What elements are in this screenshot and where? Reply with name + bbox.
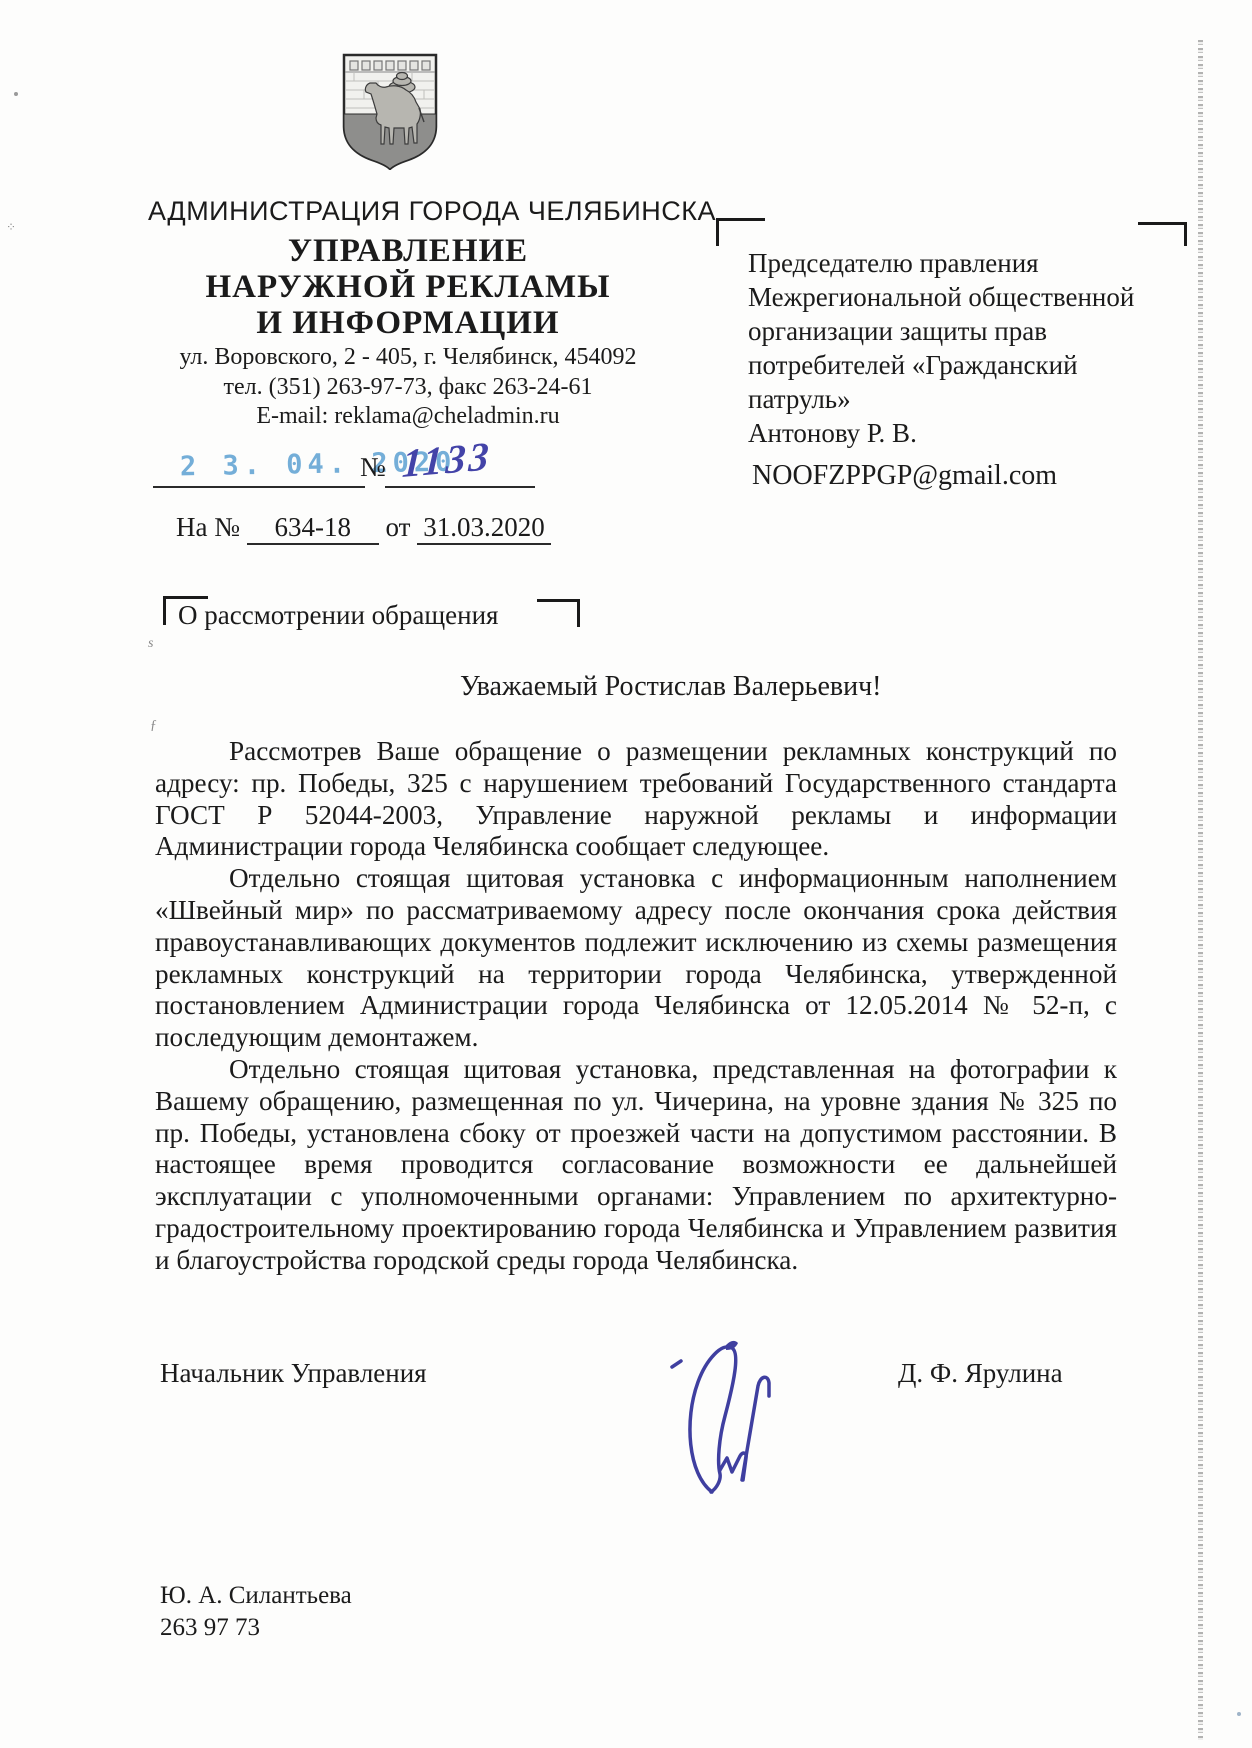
scan-speck: ⁘	[6, 220, 16, 235]
ref-number: 634-18	[247, 512, 379, 545]
recipient-corner-mark-left	[716, 218, 765, 246]
paragraph-1: Рассмотрев Ваше обращение о размещении р…	[155, 736, 1117, 863]
scan-speck: ƒ	[150, 718, 157, 734]
executor-name: Ю. А. Силантьева	[160, 1580, 352, 1612]
executor-block: Ю. А. Силантьева 263 97 73	[160, 1580, 352, 1644]
letter-body: Рассмотрев Ваше обращение о размещении р…	[155, 736, 1117, 1277]
scan-bleedthrough-strip	[1198, 40, 1203, 1740]
recipient-line: патруль»	[748, 382, 1148, 416]
letterhead: АДМИНИСТРАЦИЯ ГОРОДА ЧЕЛЯБИНСКА УПРАВЛЕН…	[148, 196, 668, 430]
signer-position: Начальник Управления	[160, 1358, 427, 1389]
salutation: Уважаемый Ростислав Валерьевич!	[460, 671, 882, 703]
recipient-block: Председателю правления Межрегиональной о…	[748, 246, 1148, 450]
scan-speck: s	[148, 636, 153, 652]
recipient-email: NOOFZPPGP@gmail.com	[752, 460, 1057, 492]
recipient-corner-mark-right	[1138, 222, 1187, 246]
recipient-name: Антонову Р. В.	[748, 416, 1148, 450]
recipient-line: организации защиты прав	[748, 314, 1148, 348]
number-underline	[385, 486, 535, 488]
ref-date: 31.03.2020	[417, 512, 551, 545]
reference-line: На № 634-18 от 31.03.2020	[176, 512, 551, 545]
scanned-letter-page: АДМИНИСТРАЦИЯ ГОРОДА ЧЕЛЯБИНСКА УПРАВЛЕН…	[0, 0, 1252, 1748]
org-email: E-mail: reklama@cheladmin.ru	[148, 403, 668, 430]
date-underline	[153, 486, 365, 488]
scan-speck	[14, 92, 18, 96]
ref-from: от	[386, 512, 411, 542]
org-title-line-1: УПРАВЛЕНИЕ	[148, 233, 668, 269]
handwritten-outgoing-number: 1133	[401, 432, 493, 487]
recipient-line: потребителей «Гражданский	[748, 348, 1148, 382]
recipient-line: Председателю правления	[748, 246, 1148, 280]
handwritten-signature-icon	[660, 1322, 820, 1497]
paragraph-2: Отдельно стоящая щитовая установка с инф…	[155, 863, 1117, 1054]
signature-ink-blot	[726, 1341, 738, 1350]
recipient-line: Межрегиональной общественной	[748, 280, 1148, 314]
executor-phone: 263 97 73	[160, 1612, 352, 1644]
subject-line: О рассмотрении обращения	[178, 600, 498, 631]
ref-prefix: На №	[176, 512, 240, 542]
paragraph-3: Отдельно стоящая щитовая установка, пред…	[155, 1054, 1117, 1277]
org-title-line-3: И ИНФОРМАЦИИ	[148, 305, 668, 341]
org-address: ул. Воровского, 2 - 405, г. Челябинск, 4…	[148, 344, 668, 371]
number-sign: №	[360, 452, 386, 483]
org-phone: тел. (351) 263-97-73, факс 263-24-61	[148, 374, 668, 401]
org-name: АДМИНИСТРАЦИЯ ГОРОДА ЧЕЛЯБИНСКА	[148, 196, 668, 227]
chelyabinsk-coat-of-arms-icon	[340, 52, 440, 170]
scan-speck	[1237, 1712, 1241, 1716]
org-title-line-2: НАРУЖНОЙ РЕКЛАМЫ	[148, 269, 668, 305]
signer-name: Д. Ф. Ярулина	[898, 1358, 1063, 1389]
subject-corner-mark-right	[537, 599, 580, 627]
